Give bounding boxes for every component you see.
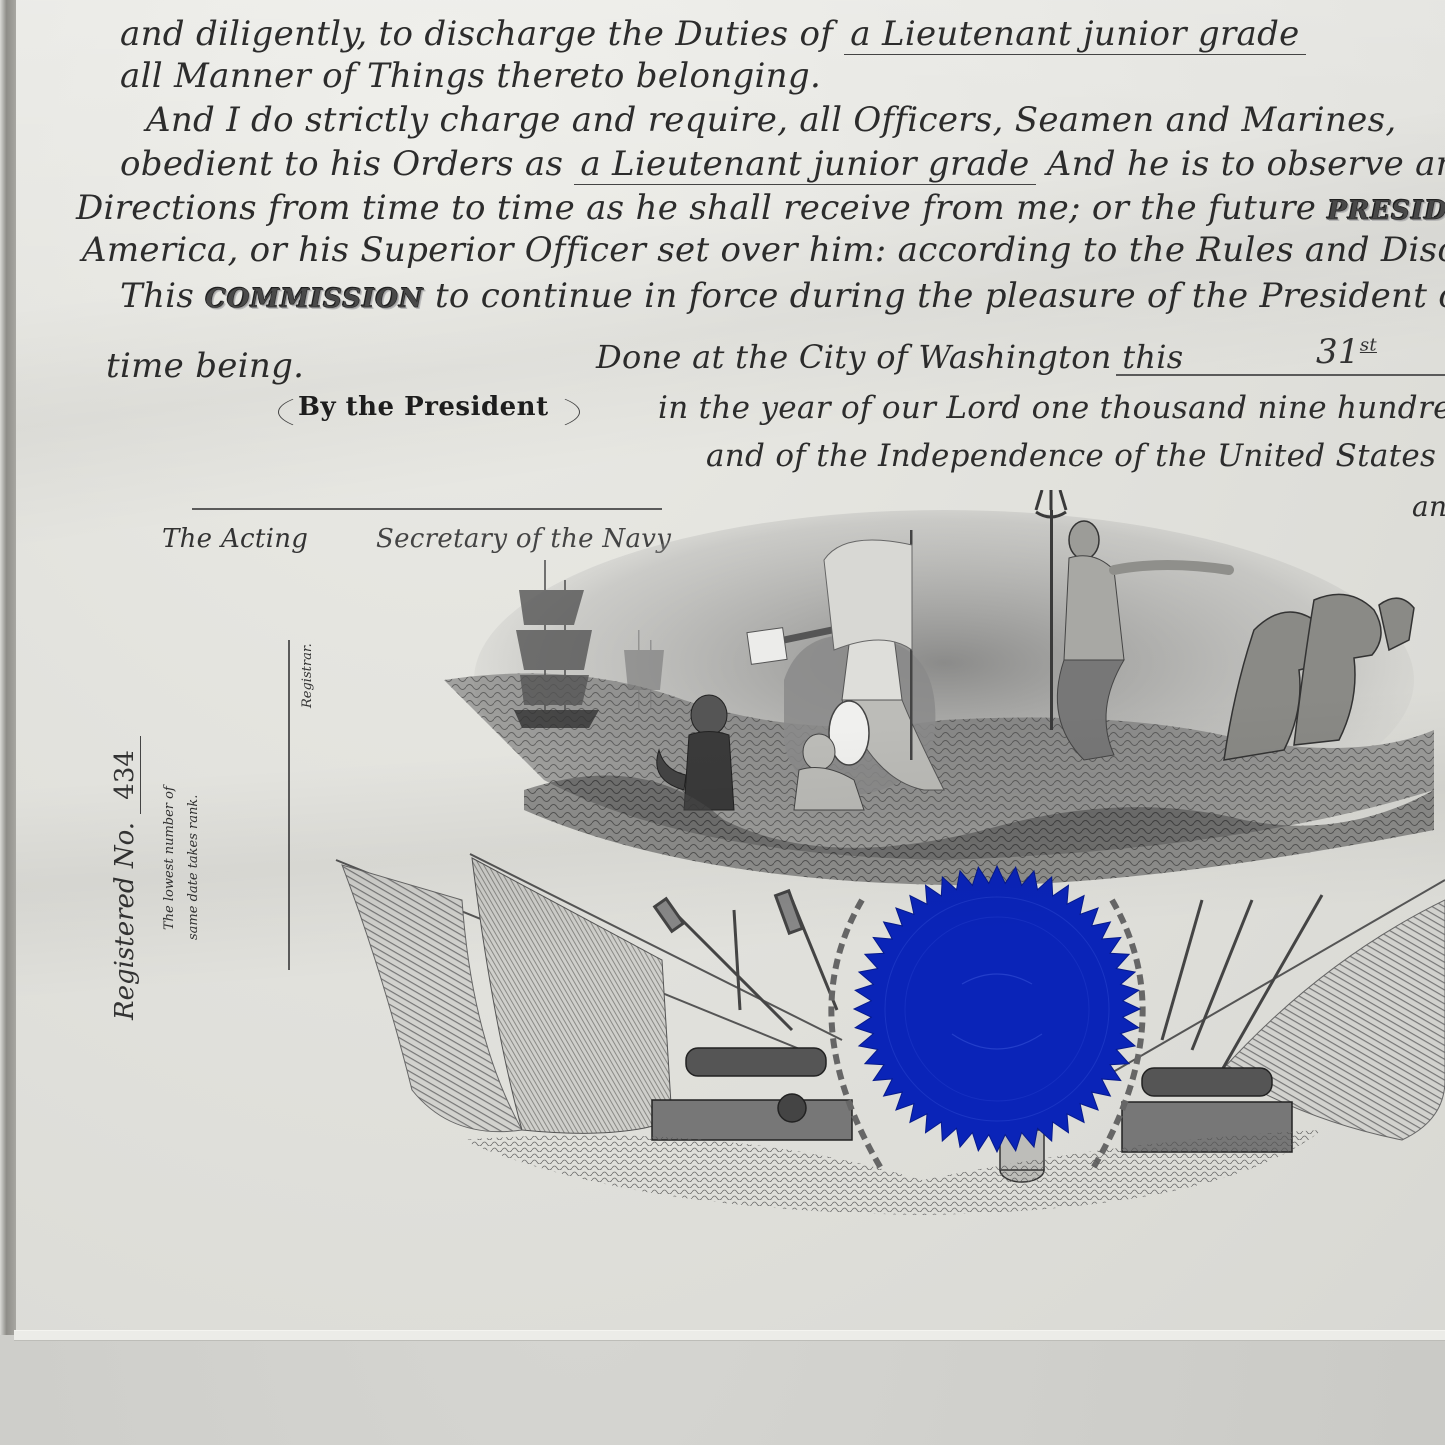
registered-note-1: The lowest number of: [162, 786, 177, 930]
allegorical-sea-vignette: [424, 490, 1445, 890]
registrar-signature-line: [288, 640, 290, 970]
body-line-8: time being.: [106, 346, 304, 386]
blue-foil-seal: [852, 864, 1142, 1154]
by-the-president: By the President: [298, 392, 549, 422]
commission-heading: COMMISSION: [205, 284, 424, 314]
registered-label: Registered No. 434: [110, 736, 140, 1020]
registrar-label: Registrar.: [300, 643, 315, 708]
body-line-5: Directions from time to time as he shall…: [76, 188, 1445, 228]
rank-fill-1: a Lieutenant junior grade: [844, 14, 1305, 55]
commission-document: and diligently, to discharge the Duties …: [16, 0, 1445, 1330]
mat-bevel-bottom: [14, 1330, 1445, 1341]
rank-fill-2: a Lieutenant junior grade: [574, 144, 1035, 185]
year-line: in the year of our Lord one thousand nin…: [658, 390, 1445, 426]
date-day: 31st: [1316, 332, 1377, 372]
body-line-1: and diligently, to discharge the Duties …: [120, 14, 1306, 54]
cannon-icon: [652, 1048, 852, 1140]
independence-line: and of the Independence of the United St…: [706, 438, 1445, 474]
body-line-4: obedient to his Orders as a Lieutenant j…: [120, 144, 1445, 184]
mat-bevel-left: [0, 0, 16, 1335]
secretary-signature: The Acting: [162, 524, 308, 554]
registered-note-2: same date takes rank.: [186, 795, 201, 940]
done-at-line: Done at the City of Washington this: [596, 338, 1184, 376]
body-line-2: all Manner of Things thereto belonging.: [120, 56, 821, 96]
date-fill-line: [1116, 374, 1445, 376]
body-line-7: This COMMISSION to continue in force dur…: [120, 276, 1445, 316]
body-line-3: And I do strictly charge and require, al…: [146, 100, 1396, 140]
registered-number: 434: [110, 736, 141, 814]
body-line-6: America, or his Superior Officer set ove…: [82, 230, 1445, 270]
president-heading: PRESIDE: [1327, 196, 1445, 226]
